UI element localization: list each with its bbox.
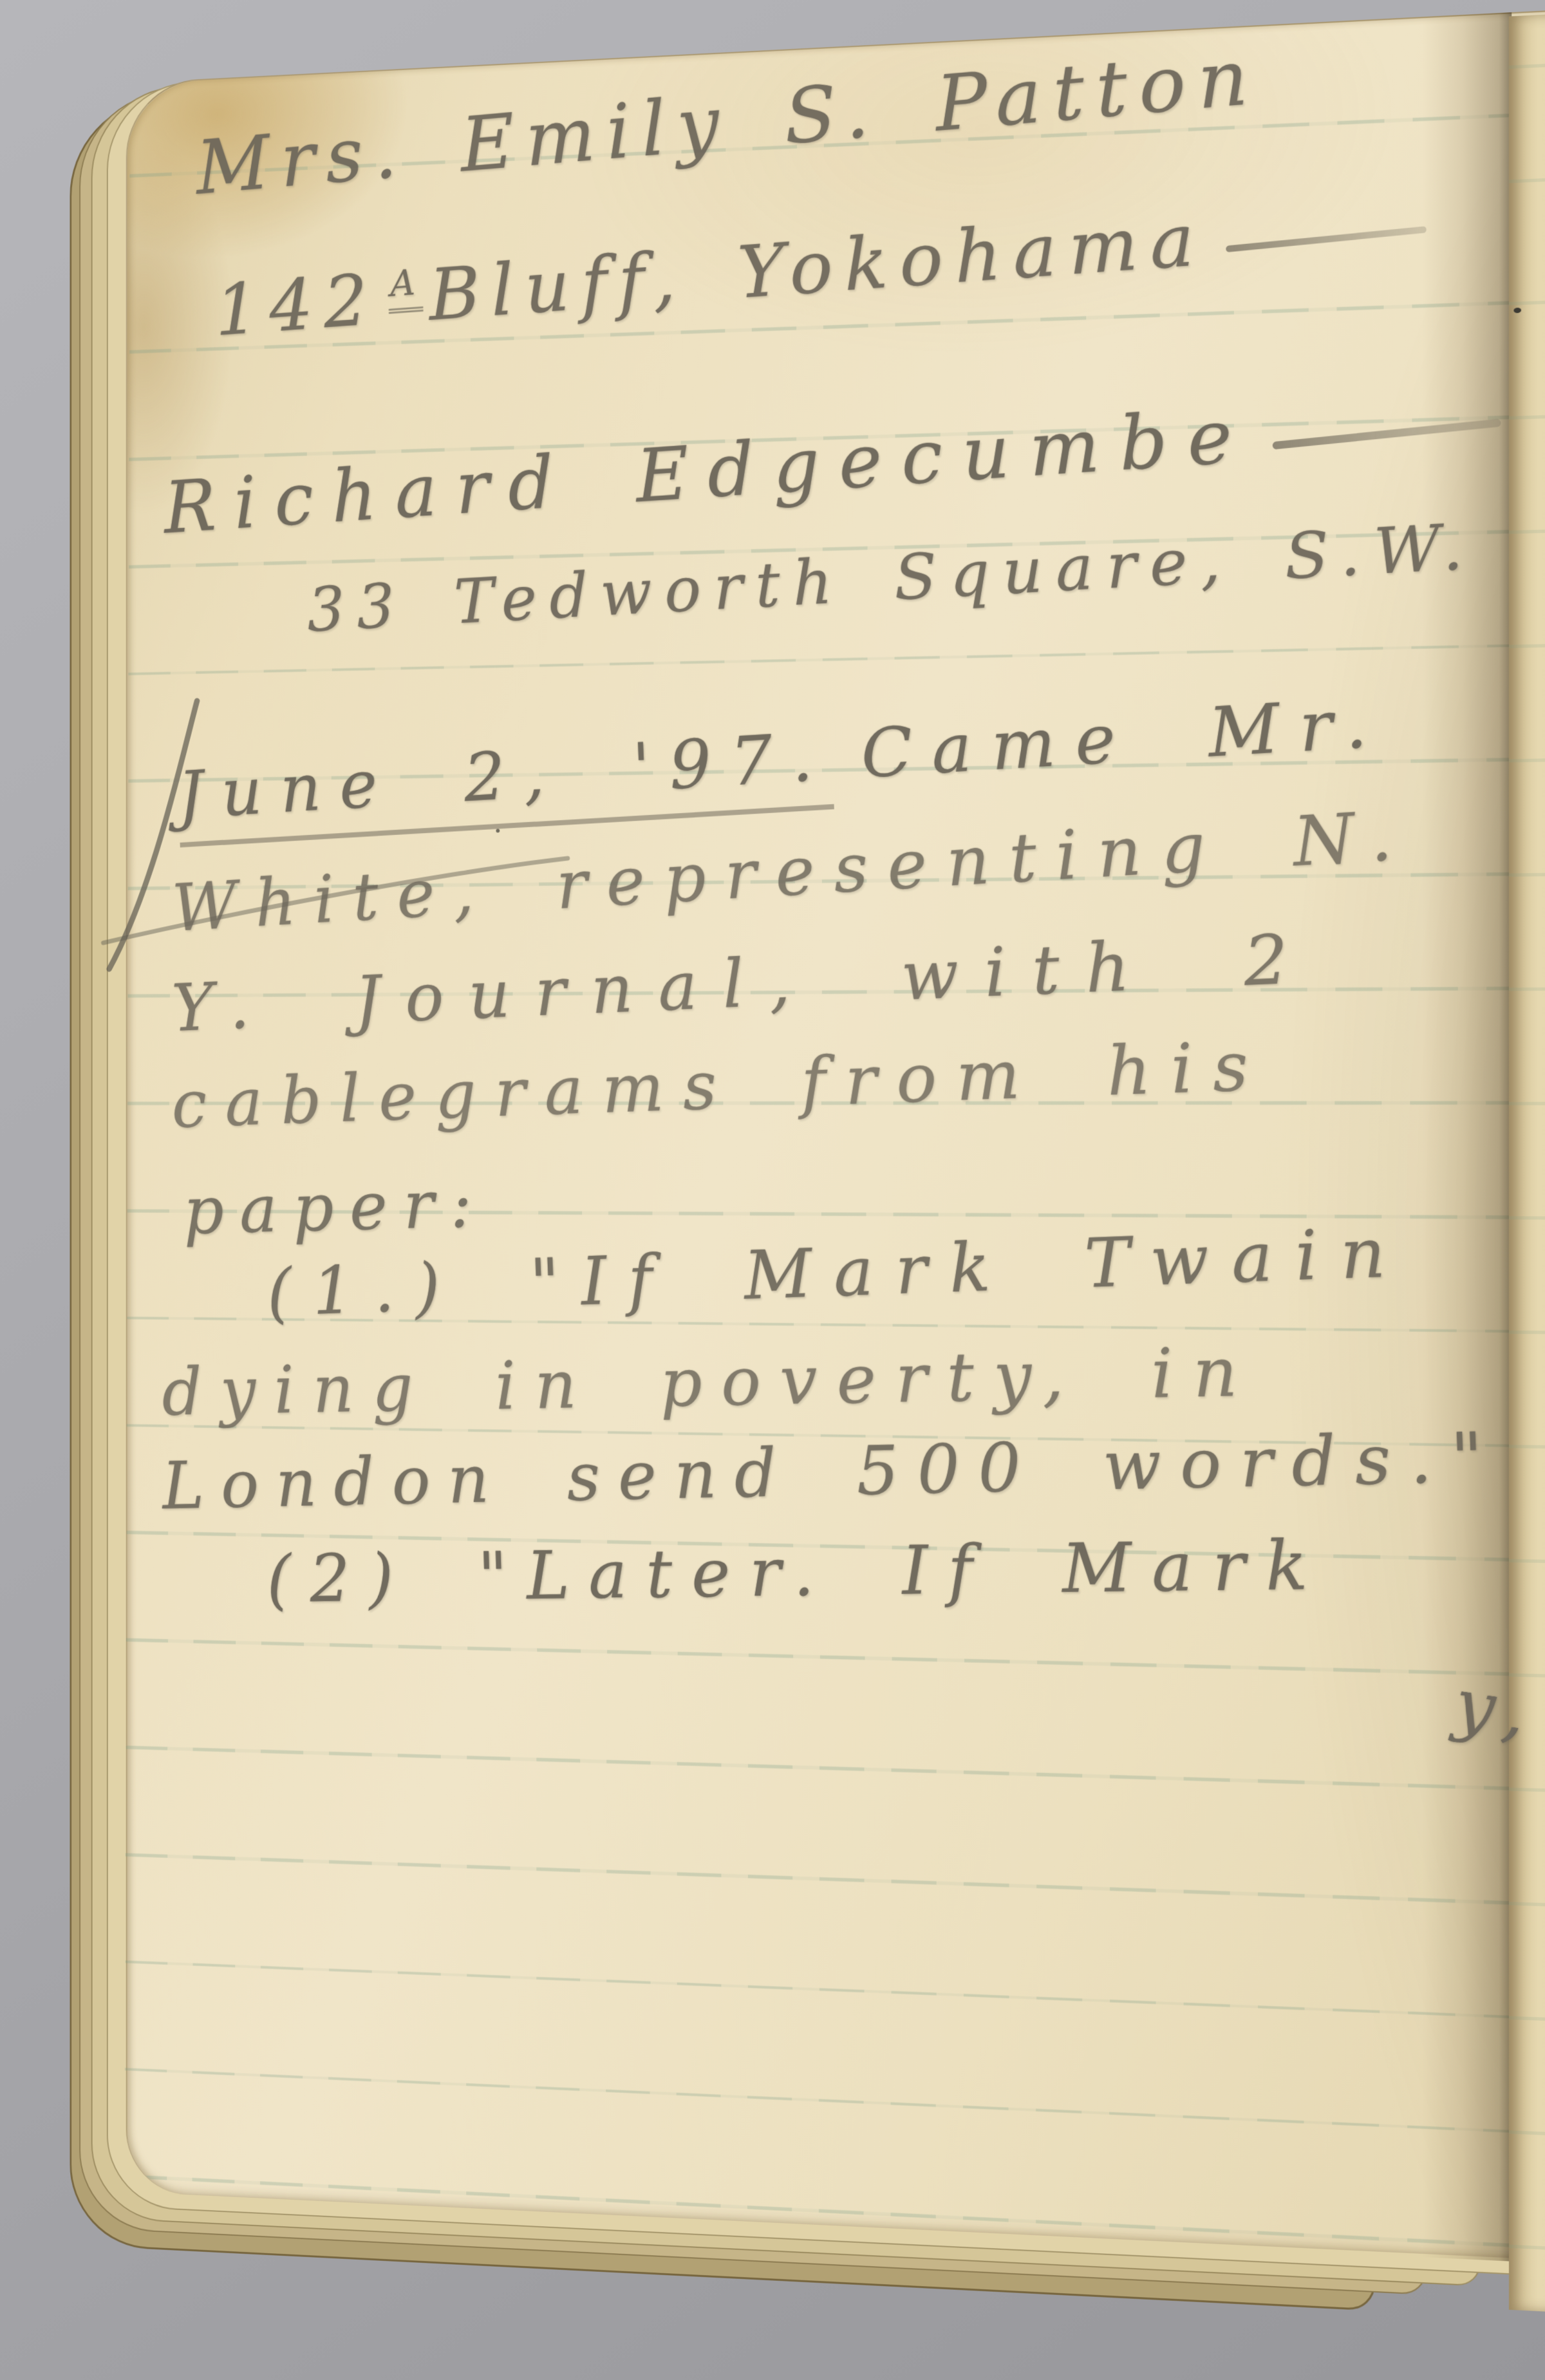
- scanned-notebook-photo: Mrs. Emily S. Patton 142ABluff, Yokohama…: [0, 0, 1545, 2380]
- notebook-page: [126, 8, 1545, 2262]
- next-page-edge: [1509, 12, 1545, 2314]
- ruled-lines: [124, 12, 1545, 2264]
- notebook-book: Mrs. Emily S. Patton 142ABluff, Yokohama…: [70, 8, 1545, 2332]
